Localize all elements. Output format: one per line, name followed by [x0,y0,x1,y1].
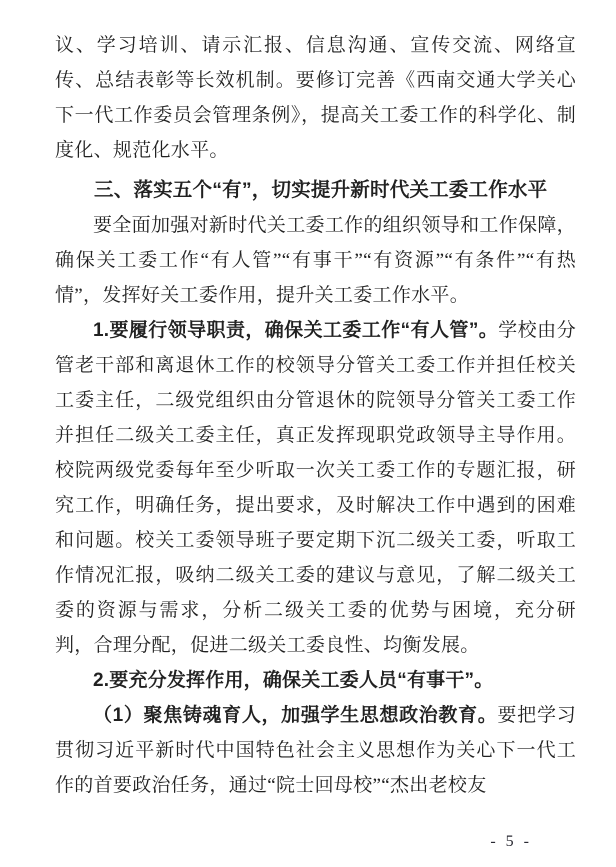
paragraph: 1.要履行领导职责，确保关工委工作“有人管”。学校由分管老干部和离退休工作的校领… [55,313,576,663]
document-page: 议、学习培训、请示汇报、信息沟通、宣传交流、网络宣传、总结表彰等长效机制。要修订… [0,0,616,867]
section-heading: 三、落实五个“有”，切实提升新时代关工委工作水平 [55,173,576,208]
subsection-heading: 2.要充分发挥作用，确保关工委人员“有事干”。 [55,663,576,698]
paragraph-text: 要全面加强对新时代关工委工作的组织领导和工作保障，确保关工委工作“有人管”“有事… [55,215,576,306]
document-body: 议、学习培训、请示汇报、信息沟通、宣传交流、网络宣传、总结表彰等长效机制。要修订… [55,28,576,803]
paragraph-continuation: 议、学习培训、请示汇报、信息沟通、宣传交流、网络宣传、总结表彰等长效机制。要修订… [55,28,576,168]
page-number: - 5 - [490,833,532,850]
paragraph-bold-lead: 1.要履行领导职责，确保关工委工作“有人管”。 [93,320,498,341]
paragraph-text: 学校由分管老干部和离退休工作的校领导分管关工委工作并担任校关工委主任，二级党组织… [55,320,576,656]
paragraph: 要全面加强对新时代关工委工作的组织领导和工作保障，确保关工委工作“有人管”“有事… [55,208,576,313]
paragraph-bold-lead: 2.要充分发挥作用，确保关工委人员“有事干”。 [93,670,493,691]
paragraph-text: 议、学习培训、请示汇报、信息沟通、宣传交流、网络宣传、总结表彰等长效机制。要修订… [55,35,576,161]
paragraph: （1）聚焦铸魂育人，加强学生思想政治教育。要把学习贯彻习近平新时代中国特色社会主… [55,698,576,803]
page-footer: - 5 - [490,834,532,850]
paragraph-bold-lead: （1）聚焦铸魂育人，加强学生思想政治教育。 [93,705,497,726]
